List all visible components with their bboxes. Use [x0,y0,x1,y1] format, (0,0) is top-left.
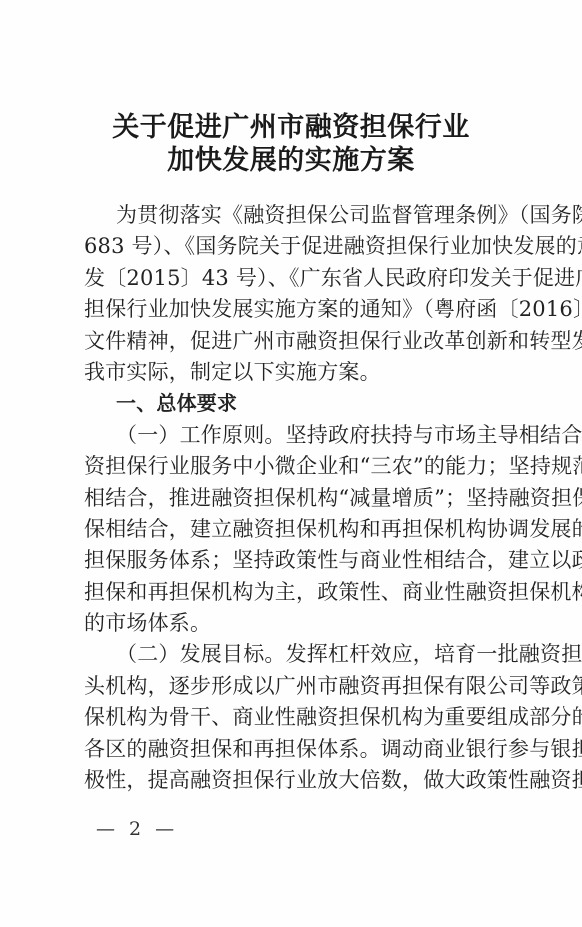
subsection-1-line: 相结合，推进融资担保机构“减量增质”；坚持融资担保与再担 [84,483,514,514]
document-page: 关于促进广州市融资担保行业 加快发展的实施方案 为贯彻落实《融资担保公司监督管理… [0,0,582,927]
subsection-1-line: 担保和再担保机构为主，政策性、商业性融资担保机构协调发展 [84,577,514,608]
subsection-2-line: 极性，提高融资担保行业放大倍数，做大政策性融资担保业务规 [84,765,514,796]
subsection-1-line: 资担保行业服务中小微企业和“三农”的能力；坚持规范与发展 [84,451,514,482]
intro-line: 我市实际，制定以下实施方案。 [84,357,514,388]
page-number: — 2 — [96,818,178,840]
document-title-line-2: 加快发展的实施方案 [0,145,582,177]
intro-line: 担保行业加快发展实施方案的通知》（粤府函〔2016〕5 号）等 [84,294,514,325]
subsection-2-line: 保机构为骨干、商业性融资担保机构为重要组成部分的覆盖全市 [84,702,514,733]
document-title-line-1: 关于促进广州市融资担保行业 [0,112,582,144]
subsection-1-line: 保相结合，建立融资担保机构和再担保机构协调发展的新型融资 [84,514,514,545]
intro-line: 文件精神，促进广州市融资担保行业改革创新和转型发展，结合 [84,326,514,357]
intro-line: 发〔2015〕43 号）、《广东省人民政府印发关于促进广东省融资 [84,263,514,294]
section-heading: 一、总体要求 [84,388,514,419]
subsection-2-line: 各区的融资担保和再担保体系。调动商业银行参与银担合作的积 [84,734,514,765]
subsection-1-line: 的市场体系。 [84,608,514,639]
document-body: 为贯彻落实《融资担保公司监督管理条例》（国务院令第 683 号）、《国务院关于促… [84,200,514,796]
subsection-1-line: 担保服务体系；坚持政策性与商业性相结合，建立以政策性融资 [84,545,514,576]
subsection-2-line: （二）发展目标。发挥杠杆效应，培育一批融资担保行业龙 [84,639,514,670]
subsection-1-line: （一）工作原则。坚持政府扶持与市场主导相结合，提高融 [84,420,514,451]
subsection-2-line: 头机构，逐步形成以广州市融资再担保有限公司等政策性融资担 [84,671,514,702]
intro-line: 683 号）、《国务院关于促进融资担保行业加快发展的意见》（国 [84,231,514,262]
intro-line: 为贯彻落实《融资担保公司监督管理条例》（国务院令第 [84,200,514,231]
